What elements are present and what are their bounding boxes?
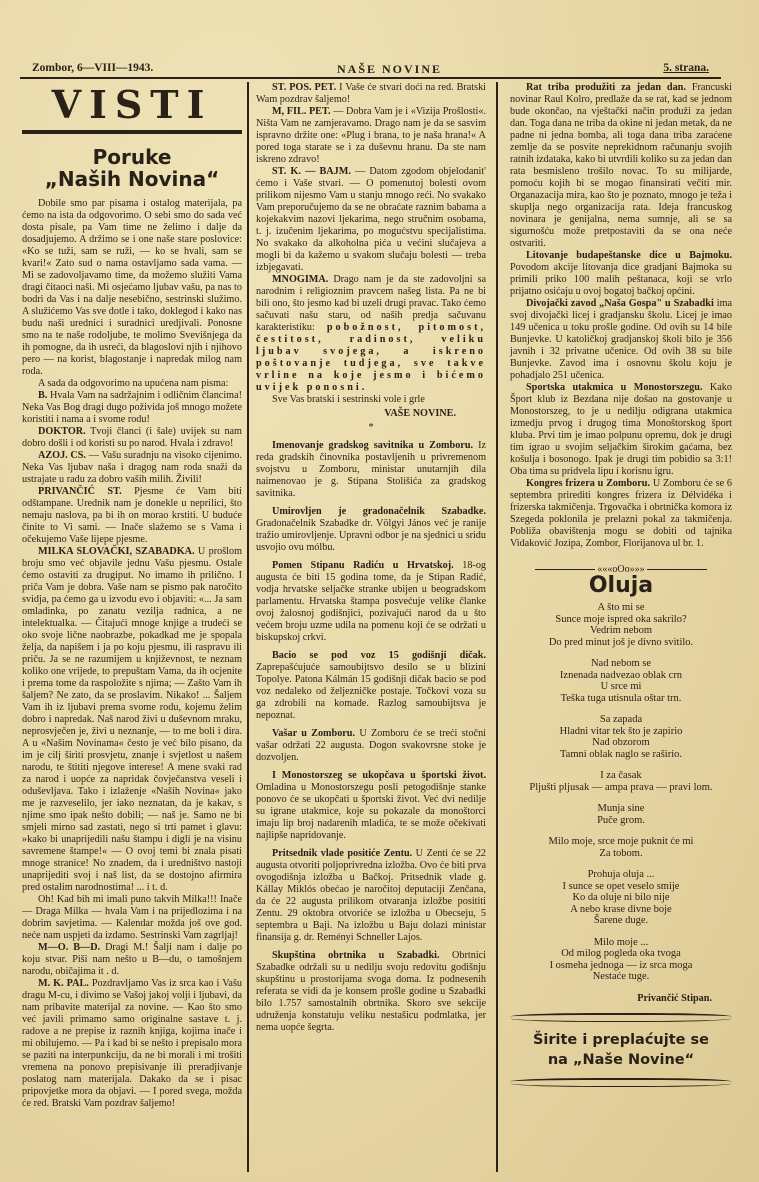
reply-name: M—O. B—D.: [38, 942, 100, 953]
poem-line: A nebo krase divne boje: [510, 904, 732, 916]
news-text: Obrtnici Szabadke održali su u nedilju s…: [256, 950, 486, 1033]
column-divider: [496, 82, 498, 1172]
column-divider: [247, 82, 249, 1172]
news-item: Divojački zavod „Naša Gospa" u Szabadki …: [510, 298, 732, 382]
reply-text: Oh! Kad bih mi imali puno takvih Milka!!…: [22, 894, 242, 941]
news-headline: Pomen Stipanu Radiću u Hrvatskoj.: [272, 560, 454, 571]
poem-title: Oluja: [510, 580, 732, 592]
newspaper-page: Zombor, 6—VIII—1943. NAŠE NOVINE 5. stra…: [0, 0, 759, 1182]
reply-text: Hvala Vam na sadržajnim i odličnim članc…: [22, 390, 242, 425]
poem-line: A što mi se: [510, 602, 732, 614]
news-item: Pomen Stipanu Radiću u Hrvatskoj. 18-og …: [256, 560, 486, 644]
subscription-promo: Širite i preplaćujte se na „Naše Novine“: [510, 1030, 732, 1070]
ornament-line: [647, 569, 707, 570]
news-item: Bacio se pod voz 15 godišnji dičak. Zapr…: [256, 650, 486, 722]
reply-paragraph: ST. K. — BAJM. — Datom zgodom objelodani…: [256, 166, 486, 274]
promo-line1: Širite i preplaćujte se: [510, 1030, 732, 1050]
reply-paragraph: M. K. PAL. Pozdravljamo Vas iz srca kao …: [22, 978, 242, 1110]
reply-paragraph: M—O. B—D. Dragi M.! Šalji nam i dalje po…: [22, 942, 242, 978]
reply-name: M, FIL. PET.: [272, 106, 331, 117]
news-item: I Monostorszeg se ukopčava u športski ži…: [256, 770, 486, 842]
poem-line: Od milog pogleda oka tvoga: [510, 948, 732, 960]
news-item: Litovanje budapeštanske dice u Bajmoku. …: [510, 250, 732, 298]
poem-line: I za časak: [510, 770, 732, 782]
news-headline: Skupština obrtnika u Szabadki.: [272, 950, 440, 961]
poem-stanza: Sa zapadaHladni vitar tek što je zapirio…: [510, 714, 732, 760]
reply-name: B.: [38, 390, 47, 401]
article-title-line2: „Naših Novina“: [22, 168, 242, 190]
signature: VAŠE NOVINE.: [256, 408, 486, 420]
poem-line: Nad nebom se: [510, 658, 732, 670]
reply-text: U prošlom broju smo već objavile jednu V…: [22, 546, 242, 893]
poem-line: I sunce se opet veselo smije: [510, 881, 732, 893]
news-headline: Imenovanje gradskog savitnika u Zomboru.: [272, 440, 473, 451]
poem-line: Do pred minut još je divno svitilo.: [510, 637, 732, 649]
reply-paragraph: AZOJ. CS. — Vašu suradnju na visoko cije…: [22, 450, 242, 486]
poem-stanza: Prohuja oluja ...I sunce se opet veselo …: [510, 869, 732, 927]
news-item: Kongres frizera u Zomboru. U Zomboru će …: [510, 478, 732, 550]
poem-line: Milo moje, srce moje puknit će mi: [510, 836, 732, 848]
poem-line: Šarene duge.: [510, 915, 732, 927]
news-text: Zaprepašćujuće samoubijtsvo desilo se u …: [256, 662, 486, 721]
poem-line: Milo moje ...: [510, 937, 732, 949]
poem-body: A što mi seSunce moje ispred oka sakrilo…: [510, 602, 732, 983]
masthead-rule: [22, 130, 242, 134]
page-header: Zombor, 6—VIII—1943. NAŠE NOVINE 5. stra…: [22, 60, 719, 78]
poem-stanza: I za časakPljušti pljusak — ampa prava —…: [510, 770, 732, 793]
news-item: Imenovanje gradskog savitnika u Zomboru.…: [256, 440, 486, 500]
reply-paragraph: ST. POS. PET. I Vaše će stvari doći na r…: [256, 82, 486, 106]
news-headline: Sportska utakmica u Monostorszegu.: [526, 382, 703, 393]
poem-line: Ko da oluje ni bilo nije: [510, 892, 732, 904]
news-text: ima svoj divojački licej i gradjansku šk…: [510, 298, 732, 381]
poem-line: Sa zapada: [510, 714, 732, 726]
reply-paragraph: B. Hvala Vam na sadržajnim i odličnim čl…: [22, 390, 242, 426]
poem-line: Iznenada nadvezao oblak crn: [510, 670, 732, 682]
promo-line2: na „Naše Novine“: [510, 1050, 732, 1070]
poem-line: I osmeha jednoga — iz srca moga: [510, 960, 732, 972]
separator-star: *: [256, 422, 486, 434]
section-title: VISTI: [22, 82, 242, 128]
poem-line: Pljušti pljusak — ampa prava — pravi lom…: [510, 782, 732, 794]
reply-paragraph: MILKA SLOVAČKI, SZABADKA. U prošlom broj…: [22, 546, 242, 894]
reply-name: AZOJ. CS.: [38, 450, 86, 461]
reply-name: MNOGIMA.: [272, 274, 328, 285]
poem-line: Sunce moje ispred oka sakrilo?: [510, 614, 732, 626]
news-item: Skupština obrtnika u Szabadki. Obrtnici …: [256, 950, 486, 1034]
news-text: Kako Šport klub iz Bezdana nije došao na…: [510, 382, 732, 477]
reply-paragraph: MNOGIMA. Drago nam je da ste zadovoljni …: [256, 274, 486, 394]
news-headline: Pritsednik vlade positiće Zentu.: [272, 848, 412, 859]
article-title: Poruke „Naših Novina“: [22, 146, 242, 190]
news-item: Pritsednik vlade positiće Zentu. U Zenti…: [256, 848, 486, 944]
transition-paragraph: A sada da odgovorimo na upućena nam pism…: [22, 378, 242, 390]
promo-bottom-border: [510, 1078, 732, 1087]
column-1: Poruke „Naših Novina“ Dobile smo par pis…: [22, 140, 242, 1110]
poem-stanza: Milo moje, srce moje puknit će miZa tobo…: [510, 836, 732, 859]
poem-line: Puče grom.: [510, 815, 732, 827]
reply-name: ST. POS. PET.: [272, 82, 336, 93]
news-text: U Zenti će se 22 augusta otvoriti poljop…: [256, 848, 486, 943]
reply-name: MILKA SLOVAČKI, SZABADKA.: [38, 546, 195, 557]
news-headline: I Monostorszeg se ukopčava u športski ži…: [272, 770, 486, 781]
reply-paragraph: DOKTOR. Tvoji članci (i šale) uvijek su …: [22, 426, 242, 450]
poem-stanza: Milo moje ...Od milog pogleda oka tvogaI…: [510, 937, 732, 983]
news-headline: Bacio se pod voz 15 godišnji dičak.: [272, 650, 486, 661]
news-item: Rat triba produžiti za jedan dan. Francu…: [510, 82, 732, 250]
poem-line: Nestaće tuge.: [510, 971, 732, 983]
poem-line: Hladni vitar tek što je zapirio: [510, 726, 732, 738]
news-text: Povodom akcije litovanja dice gradjani B…: [510, 262, 732, 297]
reply-name: DOKTOR.: [38, 426, 86, 437]
reply-name: M. K. PAL.: [38, 978, 89, 989]
section-masthead: VISTI: [22, 82, 242, 130]
poem-stanza: Nad nebom seIznenada nadvezao oblak crnU…: [510, 658, 732, 704]
poem-line: Nad obzorom: [510, 737, 732, 749]
news-item: Umirovljen je gradonačelnik Szabadke. Gr…: [256, 506, 486, 554]
poem-line: Teška tuga utisnula oštar trn.: [510, 693, 732, 705]
paper-name: NAŠE NOVINE: [337, 62, 442, 77]
news-headline: Umirovljen je gradonačelnik Szabadke.: [272, 506, 486, 517]
poem-line: Tamni oblak naglo se raširio.: [510, 749, 732, 761]
news-text: Gradonačelnik Szabadke dr. Völgyi János …: [256, 518, 486, 553]
reply-text: Pozdravljamo Vas iz srca kao i Vašu drag…: [22, 978, 242, 1109]
article-title-line1: Poruke: [22, 146, 242, 168]
news-headline: Litovanje budapeštanske dice u Bajmoku.: [526, 250, 732, 261]
poem-line: U srce mi: [510, 681, 732, 693]
issue-date: Zombor, 6—VIII—1943.: [32, 62, 153, 74]
reply-paragraph: Oh! Kad bih mi imali puno takvih Milka!!…: [22, 894, 242, 942]
news-text: Francuski novinar Raul Kolro, predlaže d…: [510, 82, 732, 249]
intro-paragraph: Dobile smo par pisama i ostalog materija…: [22, 198, 242, 378]
news-headline: Divojački zavod „Naša Gospa" u Szabadki: [526, 298, 714, 309]
news-item: Vašar u Zomboru. U Zomboru će se treći s…: [256, 728, 486, 764]
news-headline: Rat triba produžiti za jedan dan.: [526, 82, 686, 93]
reply-text: — Datom zgodom objelodanit' ćemo i Vaše …: [256, 166, 486, 273]
ornament-line: [535, 569, 595, 570]
poem-line: Munja sine: [510, 803, 732, 815]
reply-paragraph: M, FIL. PET. — Dobra Vam je i «Vizija Pr…: [256, 106, 486, 166]
reply-name: ST. K. — BAJM.: [272, 166, 351, 177]
header-rule: [20, 77, 721, 79]
news-text: Omladina u Monostorszegu posli petogodiš…: [256, 782, 486, 841]
news-headline: Kongres frizera u Zomboru.: [526, 478, 650, 489]
poem-stanza: A što mi seSunce moje ispred oka sakrilo…: [510, 602, 732, 648]
news-text: 18-og augusta će biti 15 godina tome, da…: [256, 560, 486, 643]
column-3: Rat triba produžiti za jedan dan. Francu…: [510, 82, 732, 1095]
news-item: Sportska utakmica u Monostorszegu. Kako …: [510, 382, 732, 478]
poem-author: Privančić Stipan.: [510, 993, 732, 1005]
news-headline: Vašar u Zomboru.: [272, 728, 355, 739]
page-number: 5. strana.: [663, 62, 709, 74]
reply-paragraph: PRIVANČIĆ ST. Pjesme će Vam biti odštamp…: [22, 486, 242, 546]
column-2: ST. POS. PET. I Vaše će stvari doći na r…: [256, 82, 486, 1034]
reply-name: PRIVANČIĆ ST.: [38, 486, 122, 497]
poem-line: Za tobom.: [510, 848, 732, 860]
poem-line: Vedrim nebom: [510, 625, 732, 637]
closing-line: Sve Vas bratski i sestrinski vole i grle: [256, 394, 486, 406]
poem-line: Prohuja oluja ...: [510, 869, 732, 881]
promo-top-border: [510, 1013, 732, 1022]
poem-stanza: Munja sinePuče grom.: [510, 803, 732, 826]
